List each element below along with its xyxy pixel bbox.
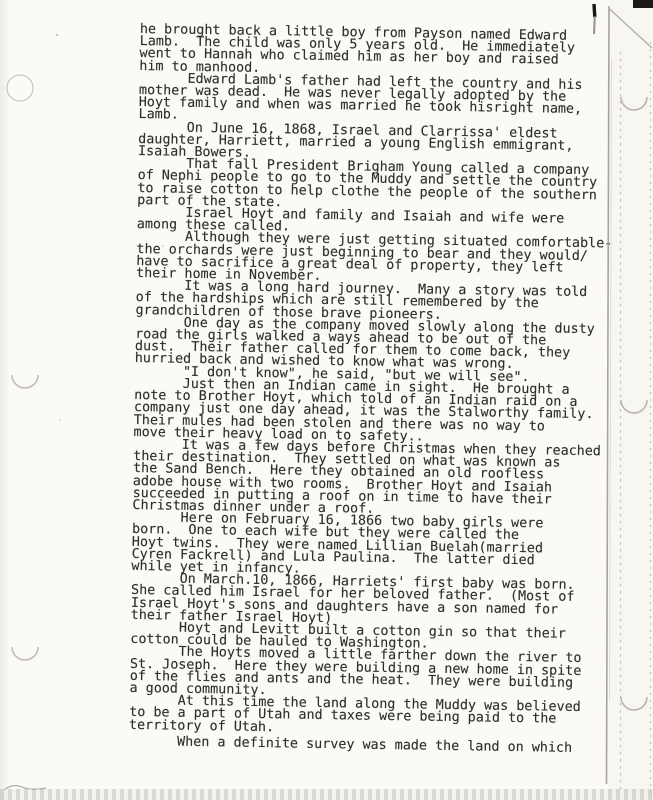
scanner-edge-band: [0, 789, 653, 800]
hole-punch-left-bottom: [12, 647, 38, 660]
left-edge-shading: [0, 0, 10, 800]
typewritten-final-line: When a definite survey was made the land…: [129, 735, 629, 755]
hole-punch-left-top: [7, 75, 33, 101]
hole-punch-left-middle: [12, 375, 38, 388]
pen-mark: [594, 4, 595, 17]
speckle: [59, 419, 61, 421]
typewritten-text-block: he brought back a little boy from Payson…: [129, 24, 640, 756]
scanned-page: he brought back a little boy from Payson…: [0, 0, 653, 800]
speckle: [56, 34, 58, 36]
typewritten-body-text: he brought back a little boy from Payson…: [129, 24, 640, 740]
